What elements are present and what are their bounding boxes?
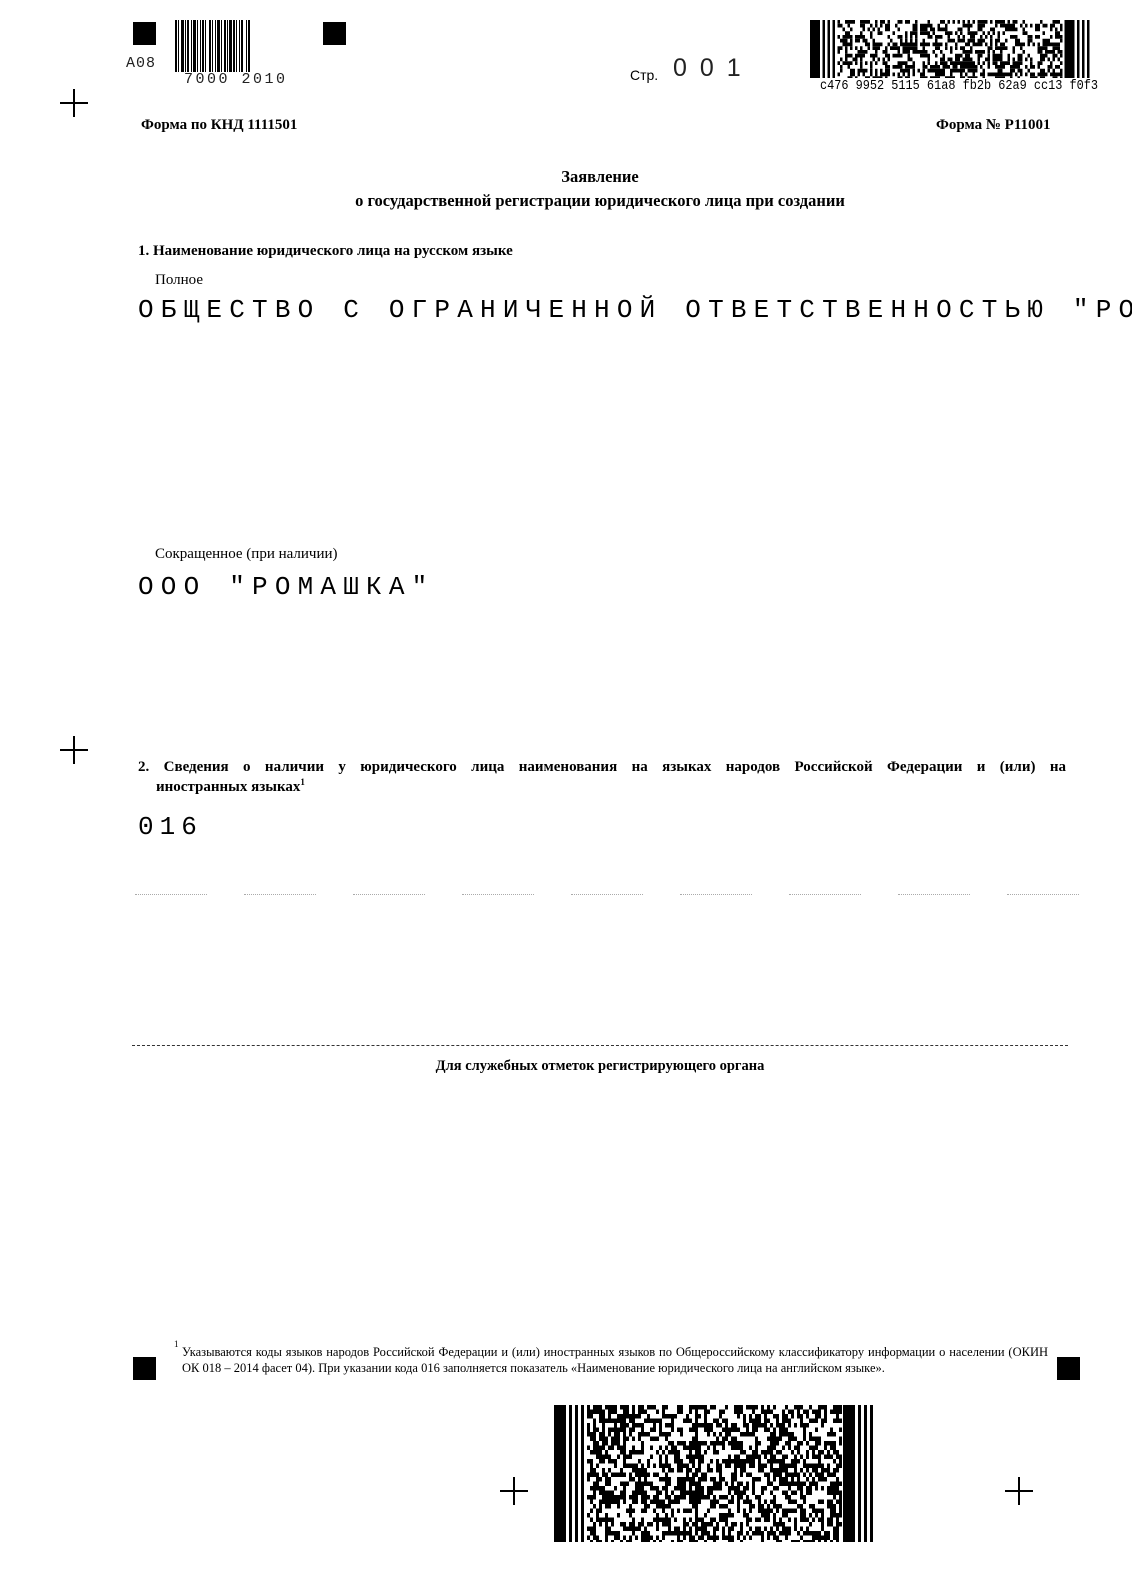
crop-mark-cross-icon bbox=[60, 89, 88, 117]
barcode-number: 7000 2010 bbox=[184, 71, 288, 88]
registration-mark-top-mid bbox=[323, 22, 346, 45]
full-name-label: Полное bbox=[155, 272, 203, 289]
form-code-label: A08 bbox=[126, 55, 156, 72]
registration-mark-bottom-right bbox=[1057, 1357, 1080, 1380]
crop-mark-cross-icon bbox=[1005, 1477, 1033, 1505]
pdf417-barcode-top bbox=[810, 20, 1092, 78]
footnote-marker: 1 bbox=[174, 1336, 179, 1352]
registration-mark-bottom-left bbox=[133, 1357, 156, 1380]
short-name-label: Сокращенное (при наличии) bbox=[155, 546, 338, 563]
section-2-heading: 2. Сведения о наличии у юридического лиц… bbox=[138, 758, 1066, 777]
empty-cell-group bbox=[789, 892, 861, 895]
knd-form-code: Форма по КНД 1111501 bbox=[141, 117, 297, 134]
section-2-heading-line1: 2. Сведения о наличии у юридического лиц… bbox=[138, 759, 1066, 775]
document-title: Заявление bbox=[0, 167, 1132, 187]
section-1-heading: 1. Наименование юридического лица на рус… bbox=[138, 243, 513, 260]
footnote-text: Указываются коды языков народов Российск… bbox=[182, 1344, 1048, 1376]
empty-cell-group bbox=[1007, 892, 1079, 895]
hash-code: c476 9952 5115 61a8 fb2b 62a9 cc13 f0f3 bbox=[820, 79, 1098, 94]
pdf417-barcode-bottom bbox=[554, 1405, 876, 1542]
footnote: 1 Указываются коды языков народов Россий… bbox=[174, 1344, 1048, 1376]
page-number: 0 0 1 bbox=[673, 54, 744, 83]
registration-mark-top-left bbox=[133, 22, 156, 45]
empty-cell-group bbox=[353, 892, 425, 895]
form-barcode bbox=[175, 20, 251, 72]
empty-cell-group bbox=[462, 892, 534, 895]
empty-cell-group bbox=[680, 892, 752, 895]
footnote-ref: 1 bbox=[300, 777, 305, 787]
section-2-heading-line2: иностранных языках1 bbox=[156, 777, 305, 796]
service-area-label: Для служебных отметок регистрирующего ор… bbox=[0, 1058, 1132, 1075]
empty-cell-group bbox=[571, 892, 643, 895]
full-name-value[interactable]: ОБЩЕСТВО С ОГРАНИЧЕННОЙ ОТВЕТСТВЕННОСТЬЮ… bbox=[138, 295, 1132, 325]
page-label: Стр. bbox=[630, 67, 658, 83]
empty-cell-group bbox=[898, 892, 970, 895]
short-name-value[interactable]: ООО "РОМАШКА" bbox=[138, 572, 434, 602]
crop-mark-cross-icon bbox=[500, 1477, 528, 1505]
document-subtitle: о государственной регистрации юридическо… bbox=[0, 191, 1132, 211]
crop-mark-cross-icon bbox=[60, 736, 88, 764]
form-number: Форма № Р11001 bbox=[936, 117, 1051, 134]
service-area-separator bbox=[132, 1045, 1068, 1046]
language-code-value[interactable]: 016 bbox=[138, 812, 203, 842]
empty-cell-group bbox=[244, 892, 316, 895]
empty-cell-group bbox=[135, 892, 207, 895]
